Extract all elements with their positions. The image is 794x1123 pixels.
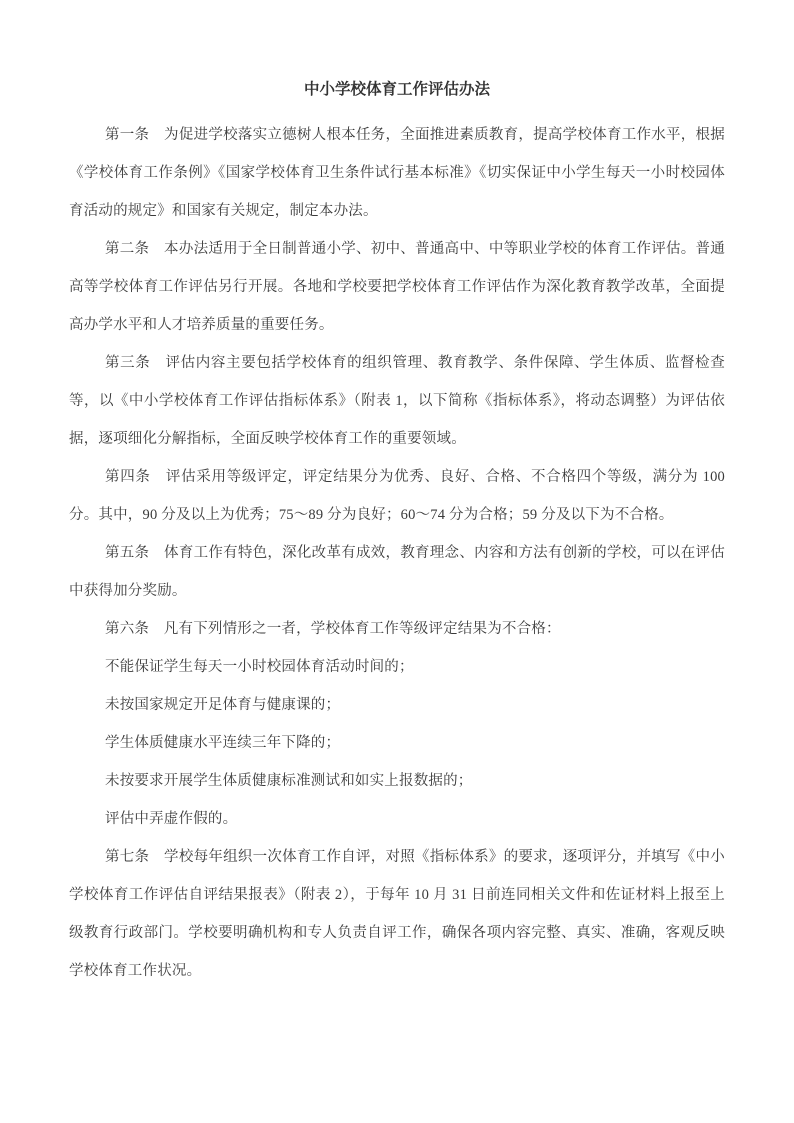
paragraph-article-6: 第六条 凡有下列情形之一者，学校体育工作等级评定结果为不合格：: [69, 610, 725, 648]
paragraph-article-6-item-3: 学生体质健康水平连续三年下降的；: [69, 724, 725, 762]
document-title: 中小学校体育工作评估办法: [69, 78, 725, 102]
paragraph-article-6-item-4: 未按要求开展学生体质健康标准测试和如实上报数据的；: [69, 762, 725, 800]
paragraph-article-7: 第七条 学校每年组织一次体育工作自评，对照《指标体系》的要求，逐项评分，并填写《…: [69, 838, 725, 990]
paragraph-article-6-item-5: 评估中弄虚作假的。: [69, 800, 725, 838]
paragraph-article-6-item-2: 未按国家规定开足体育与健康课的；: [69, 686, 725, 724]
paragraph-article-2: 第二条 本办法适用于全日制普通小学、初中、普通高中、中等职业学校的体育工作评估。…: [69, 230, 725, 344]
paragraph-article-5: 第五条 体育工作有特色，深化改革有成效，教育理念、内容和方法有创新的学校，可以在…: [69, 534, 725, 610]
paragraph-article-1: 第一条 为促进学校落实立德树人根本任务，全面推进素质教育，提高学校体育工作水平，…: [69, 116, 725, 230]
paragraph-article-3: 第三条 评估内容主要包括学校体育的组织管理、教育教学、条件保障、学生体质、监督检…: [69, 344, 725, 458]
paragraph-article-6-item-1: 不能保证学生每天一小时校园体育活动时间的；: [69, 648, 725, 686]
document-page: 中小学校体育工作评估办法 第一条 为促进学校落实立德树人根本任务，全面推进素质教…: [0, 0, 794, 1123]
paragraph-article-4: 第四条 评估采用等级评定，评定结果分为优秀、良好、合格、不合格四个等级，满分为 …: [69, 458, 725, 534]
document-body: 第一条 为促进学校落实立德树人根本任务，全面推进素质教育，提高学校体育工作水平，…: [69, 116, 725, 990]
